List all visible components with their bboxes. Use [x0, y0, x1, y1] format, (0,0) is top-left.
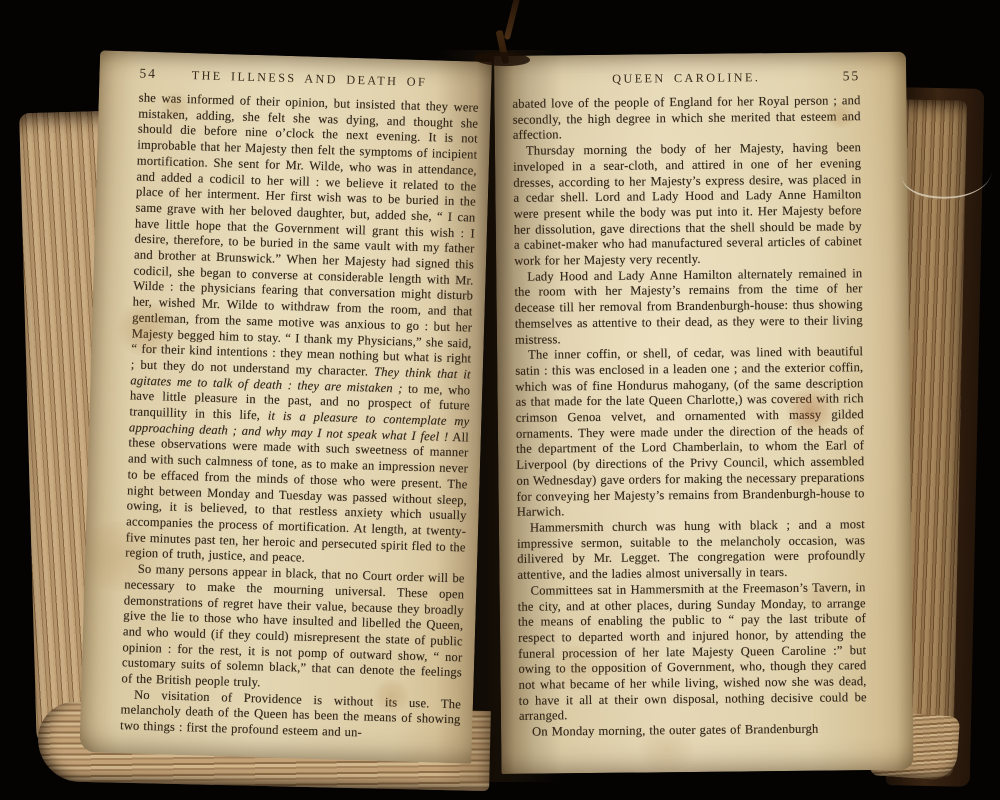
left-page-number: 54	[139, 66, 181, 83]
right-page-number: 55	[818, 68, 860, 84]
right-page-text: abated love of the people of England for…	[512, 93, 867, 740]
text-segment: Hammersmith church was hung with black ;…	[517, 517, 865, 582]
text-segment: No visitation of Providence is without i…	[120, 687, 461, 739]
paragraph: she was informed of their opinion, but i…	[125, 91, 479, 572]
text-segment: Thursday morning the body of her Majesty…	[513, 140, 862, 268]
right-running-title: QUEEN CAROLINE.	[554, 70, 818, 88]
text-segment: The inner coffin, or shell, of cedar, wa…	[515, 344, 864, 519]
paragraph: Lady Hood and Lady Anne Hamilton alterna…	[514, 266, 863, 348]
left-page-text: she was informed of their opinion, but i…	[120, 91, 479, 745]
paragraph: So many persons appear in black, that no…	[121, 561, 465, 697]
bookmark-string	[504, 0, 520, 40]
text-segment: Lady Hood and Lady Anne Hamilton alterna…	[514, 266, 862, 346]
left-page-header: 54 THE ILLNESS AND DEATH OF	[139, 66, 479, 92]
text-segment: All these observations were made with su…	[125, 430, 469, 565]
paragraph: On Monday morning, the outer gates of Br…	[519, 721, 867, 740]
left-page: 54 THE ILLNESS AND DEATH OF she was info…	[79, 50, 492, 763]
text-segment: abated love of the people of England for…	[512, 93, 860, 142]
right-page-header: QUEEN CAROLINE. 55	[512, 68, 860, 88]
text-segment: So many persons appear in black, that no…	[121, 562, 465, 690]
paragraph: abated love of the people of England for…	[512, 93, 860, 144]
paragraph: Hammersmith church was hung with black ;…	[517, 517, 866, 583]
header-spacer	[437, 86, 479, 87]
text-segment: she was informed of their opinion, but i…	[131, 91, 479, 379]
right-page: QUEEN CAROLINE. 55 abated love of the pe…	[494, 52, 913, 774]
paragraph: The inner coffin, or shell, of cedar, wa…	[515, 344, 865, 520]
text-segment: On Monday morning, the outer gates of Br…	[532, 722, 819, 739]
book-photo: 54 THE ILLNESS AND DEATH OF she was info…	[0, 0, 1000, 800]
paragraph: Thursday morning the body of her Majesty…	[513, 140, 862, 269]
text-segment: Committees sat in Hammersmith at the Fre…	[518, 580, 867, 723]
paragraph: Committees sat in Hammersmith at the Fre…	[518, 580, 867, 725]
left-running-title: THE ILLNESS AND DEATH OF	[181, 68, 437, 91]
paragraph: No visitation of Providence is without i…	[120, 687, 461, 744]
